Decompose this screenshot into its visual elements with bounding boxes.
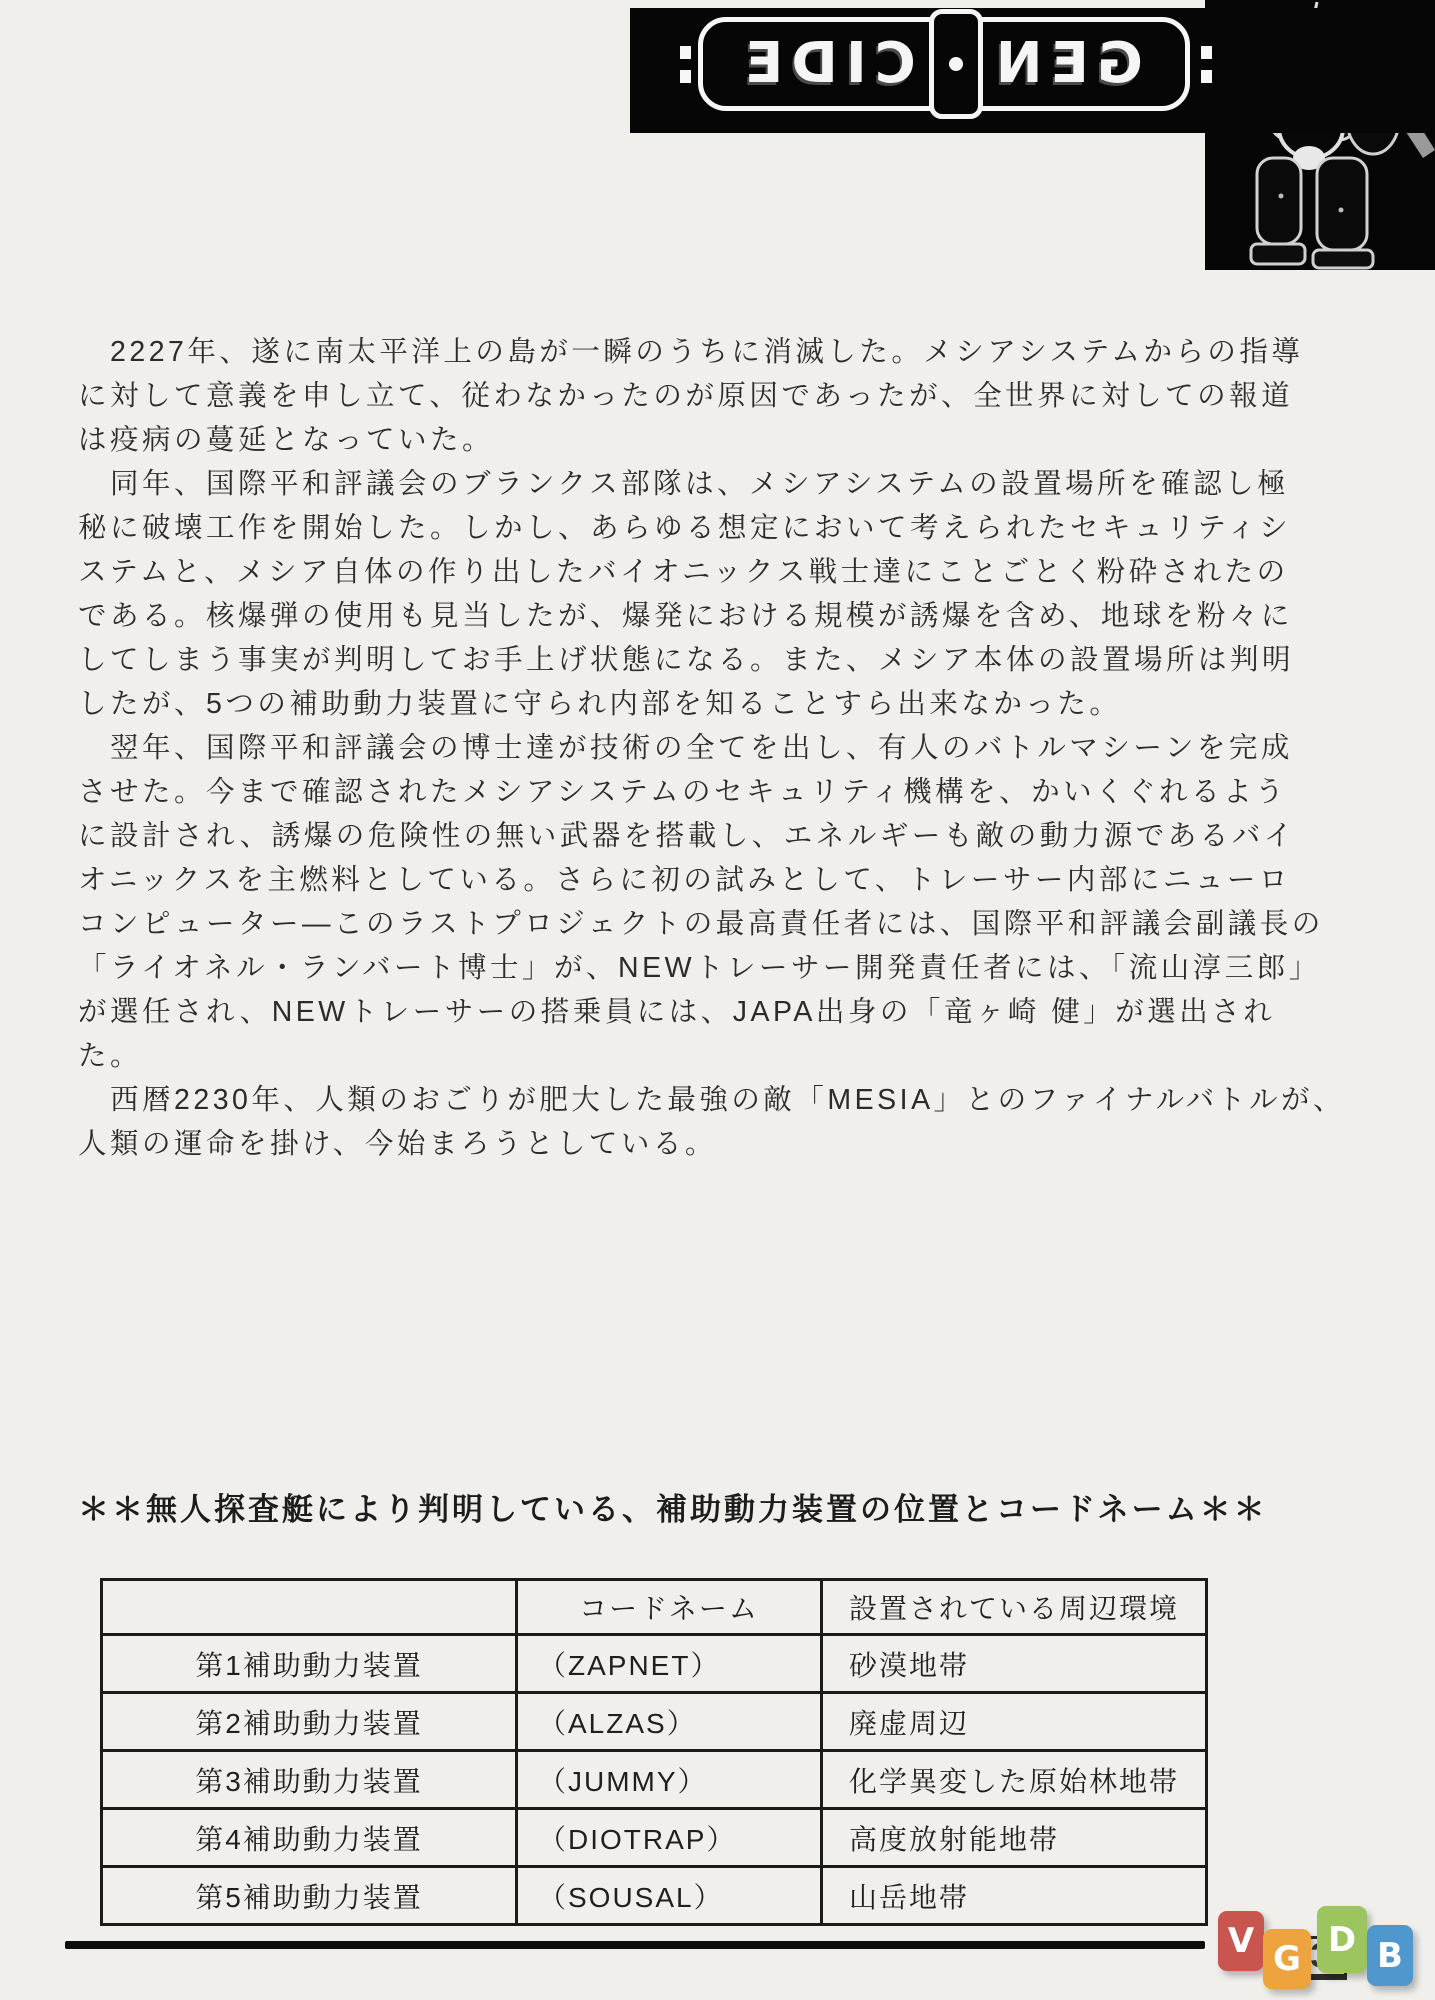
logo-letter: G: [1097, 22, 1143, 106]
header-cell-environment: 設置されている周辺環境: [822, 1580, 1207, 1635]
story-line: してしまう事実が判明してお手上げ状態になる。また、メシア本体の設置場所は判明: [78, 638, 1378, 682]
codename-cell: （ZAPNET）: [517, 1635, 822, 1693]
story-line: 同年、国際平和評議会のブランクス部隊は、メシアシステムの設置場所を確認し極: [78, 462, 1378, 506]
logo-end-dashes-right: [1201, 46, 1212, 83]
header-cell-codename: コードネーム: [517, 1580, 822, 1635]
codename-cell: （JUMMY）: [517, 1751, 822, 1809]
device-cell: 第2補助動力装置: [102, 1693, 517, 1751]
story-line: 2227年、遂に南太平洋上の島が一瞬のうちに消滅した。メシアシステムからの指導: [78, 330, 1378, 374]
story-line: 翌年、国際平和評議会の博士達が技術の全てを出し、有人のバトルマシーンを完成: [78, 726, 1378, 770]
codename-cell: （SOUSAL）: [517, 1867, 822, 1925]
story-line: 西暦2230年、人類のおごりが肥大した最強の敵「MESIA」とのファイナルバトル…: [78, 1078, 1378, 1122]
environment-cell: 高度放射能地帯: [822, 1809, 1207, 1867]
logo-o-glyph: [929, 9, 983, 119]
vgdb-watermark-tile-g: G: [1263, 1929, 1311, 1989]
logo-letter: D: [791, 22, 837, 106]
story-line: た。: [78, 1034, 1378, 1078]
table-row: 第5補助動力装置 （SOUSAL） 山岳地帯: [102, 1867, 1207, 1925]
story-line: が選任され、NEWトレーサーの搭乗員には、JAPA出身の「竜ヶ崎 健」が選出され: [78, 990, 1378, 1034]
logo-end-dashes-left: [680, 46, 691, 83]
logo-o-dot: [949, 57, 963, 71]
logo-letter: I: [846, 22, 867, 106]
device-cell: 第4補助動力装置: [102, 1809, 517, 1867]
story-line: オニックスを主燃料としている。さらに初の試みとして、トレーサー内部にニューロ: [78, 858, 1378, 902]
story-line: したが、5つの補助動力装置に守られ内部を知ることすら出来なかった。: [78, 682, 1378, 726]
header-cell-device: [102, 1580, 517, 1635]
environment-cell: 山岳地帯: [822, 1867, 1207, 1925]
codename-cell: （ALZAS）: [517, 1693, 822, 1751]
genocide-logo: G E N C I D E: [698, 17, 1190, 111]
device-cell: 第1補助動力装置: [102, 1635, 517, 1693]
codename-cell: （DIOTRAP）: [517, 1809, 822, 1867]
story-line: である。核爆弾の使用も見当したが、爆発における規模が誘爆を含め、地球を粉々に: [78, 594, 1378, 638]
table-row: 第3補助動力装置 （JUMMY） 化学異変した原始林地帯: [102, 1751, 1207, 1809]
power-device-table: コードネーム 設置されている周辺環境 第1補助動力装置 （ZAPNET） 砂漠地…: [100, 1578, 1208, 1926]
device-cell: 第5補助動力装置: [102, 1867, 517, 1925]
story-line: ステムと、メシア自体の作り出したバイオニックス戦士達にことごとく粉砕されたの: [78, 550, 1378, 594]
environment-cell: 化学異変した原始林地帯: [822, 1751, 1207, 1809]
table-row: 第4補助動力装置 （DIOTRAP） 高度放射能地帯: [102, 1809, 1207, 1867]
device-cell: 第3補助動力装置: [102, 1751, 517, 1809]
story-line: 秘に破壊工作を開始した。しかし、あらゆる想定において考えられたセキュリティシ: [78, 506, 1378, 550]
table-row: 第2補助動力装置 （ALZAS） 廃虚周辺: [102, 1693, 1207, 1751]
logo-letter: E: [745, 22, 783, 106]
bottom-rule: [65, 1941, 1205, 1949]
story-line: は疫病の蔓延となっていた。: [78, 418, 1378, 462]
manual-page: G E N C I D E 2227年、遂に南太平洋上の島が一瞬のうちに消滅した…: [0, 0, 1435, 2000]
header-banner: G E N C I D E: [630, 8, 1435, 133]
story-line: させた。今まで確認されたメシアシステムのセキュリティ機構を、かいくぐれるよう: [78, 770, 1378, 814]
environment-cell: 砂漠地帯: [822, 1635, 1207, 1693]
logo-letter: C: [875, 22, 916, 106]
table-header-row: コードネーム 設置されている周辺環境: [102, 1580, 1207, 1635]
table-row: 第1補助動力装置 （ZAPNET） 砂漠地帯: [102, 1635, 1207, 1693]
story-text: 2227年、遂に南太平洋上の島が一瞬のうちに消滅した。メシアシステムからの指導 …: [78, 330, 1378, 1166]
vgdb-watermark-tile-b: B: [1367, 1925, 1413, 1986]
vgdb-watermark-tile-v: V: [1218, 1911, 1264, 1971]
story-line: に対して意義を申し立て、従わなかったのが原因であったが、全世界に対しての報道: [78, 374, 1378, 418]
story-line: コンピューター―このラストプロジェクトの最高責任者には、国際平和評議会副議長の: [78, 902, 1378, 946]
logo-letter: N: [996, 22, 1043, 106]
story-line: 人類の運命を掛け、今始まろうとしている。: [78, 1122, 1378, 1166]
environment-cell: 廃虚周辺: [822, 1693, 1207, 1751]
logo-letter: E: [1051, 22, 1089, 106]
story-line: 「ライオネル・ランバート博士」が、NEWトレーサー開発責任者には、「流山淳三郎」: [78, 946, 1378, 990]
vgdb-watermark-tile-d: D: [1317, 1906, 1367, 1973]
table-heading: ＊＊無人探査艇により判明している、補助動力装置の位置とコードネーム＊＊: [78, 1490, 1268, 1530]
story-line: に設計され、誘爆の危険性の無い武器を搭載し、エネルギーも敵の動力源であるバイ: [78, 814, 1378, 858]
